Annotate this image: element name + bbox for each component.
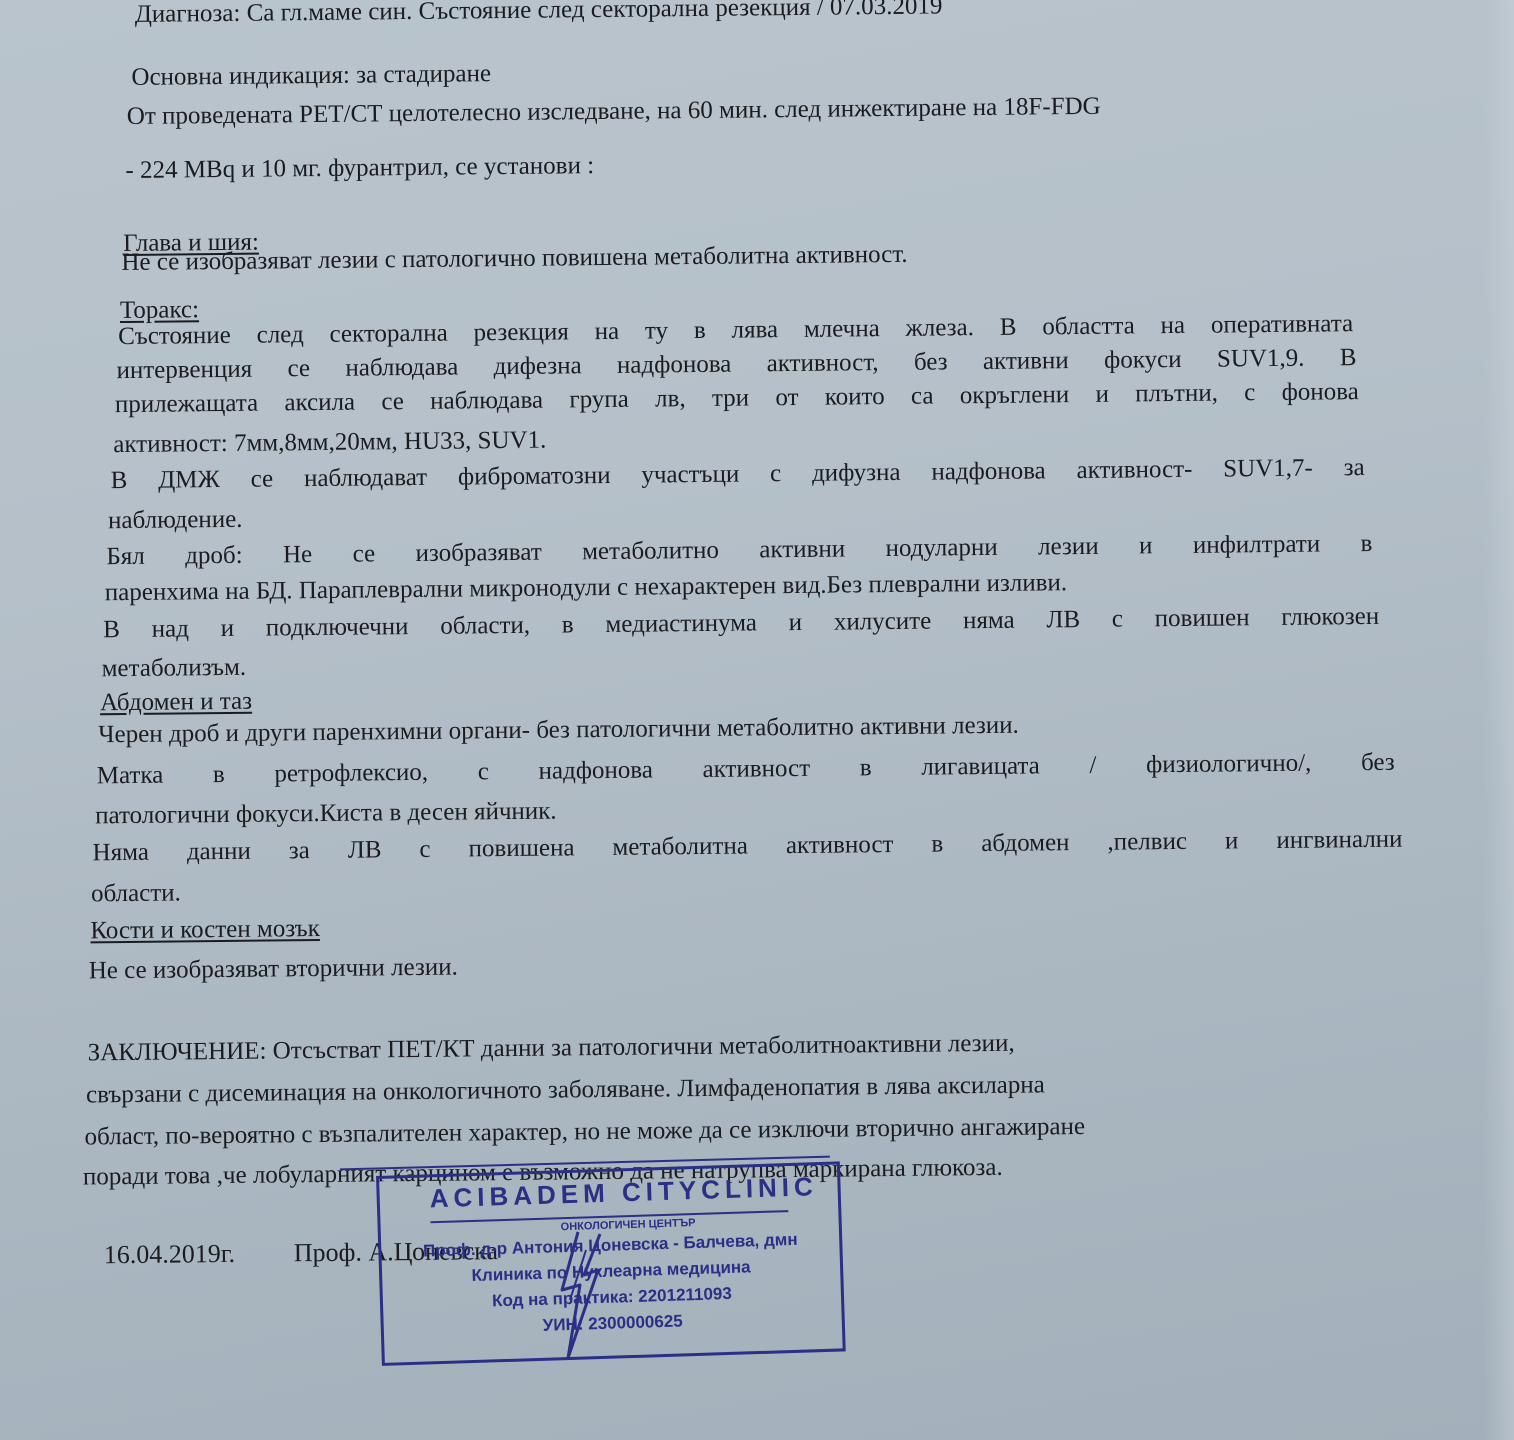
intro-line-2: - 224 MBq и 10 мг. фурантрил, се установ… — [125, 151, 594, 186]
conclusion-line: област, по-вероятно с възпалителен харак… — [84, 1112, 1085, 1152]
thorax-line: паренхима на БД. Параплеврални микроноду… — [105, 568, 1068, 608]
thorax-line: активност: 7мм,8мм,20мм, HU33, SUV1. — [113, 426, 546, 461]
bones-text: Не се изобразяват вторични лезии. — [89, 953, 458, 987]
diagnosis-line: Диагноза: Са гл.маме син. Състояние след… — [135, 0, 943, 30]
section-heading-abdomen-pelvis: Абдомен и таз — [100, 687, 252, 719]
thorax-line: наблюдение. — [108, 505, 243, 536]
section-heading-bones: Кости и костен мозък — [90, 914, 320, 946]
intro-line-1: От проведената РЕТ/СТ целотелесно изслед… — [127, 92, 1101, 132]
thorax-line: Бял дроб: Не се изобразяват метаболитно … — [106, 529, 1372, 572]
abdomen-line: Матка в ретрофлексио, с надфонова активн… — [97, 748, 1395, 792]
abdomen-line: патологични фокуси.Киста в десен яйчник. — [95, 797, 557, 832]
abdomen-line: Няма данни за ЛВ с повишена метаболитна … — [92, 825, 1402, 869]
thorax-line: В над и подключечни области, в медиастин… — [103, 602, 1379, 645]
indication-line: Основна индикация: за стадиране — [131, 59, 491, 93]
thorax-line: метаболизъм. — [101, 653, 246, 685]
thorax-line: В ДМЖ се наблюдават фиброматозни участъц… — [111, 453, 1365, 496]
conclusion-line: свързани с дисеминация на онкологичното … — [86, 1070, 1045, 1110]
conclusion-line: ЗАКЛЮЧЕНИЕ: Отсъстват ПЕТ/КТ данни за па… — [88, 1029, 1015, 1069]
abdomen-line: области. — [91, 878, 181, 909]
handwritten-signature-icon — [540, 1230, 620, 1360]
stamp-brand: ACIBADEM CITYCLINIC — [429, 1171, 818, 1214]
report-date: 16.04.2019г. — [104, 1239, 236, 1270]
